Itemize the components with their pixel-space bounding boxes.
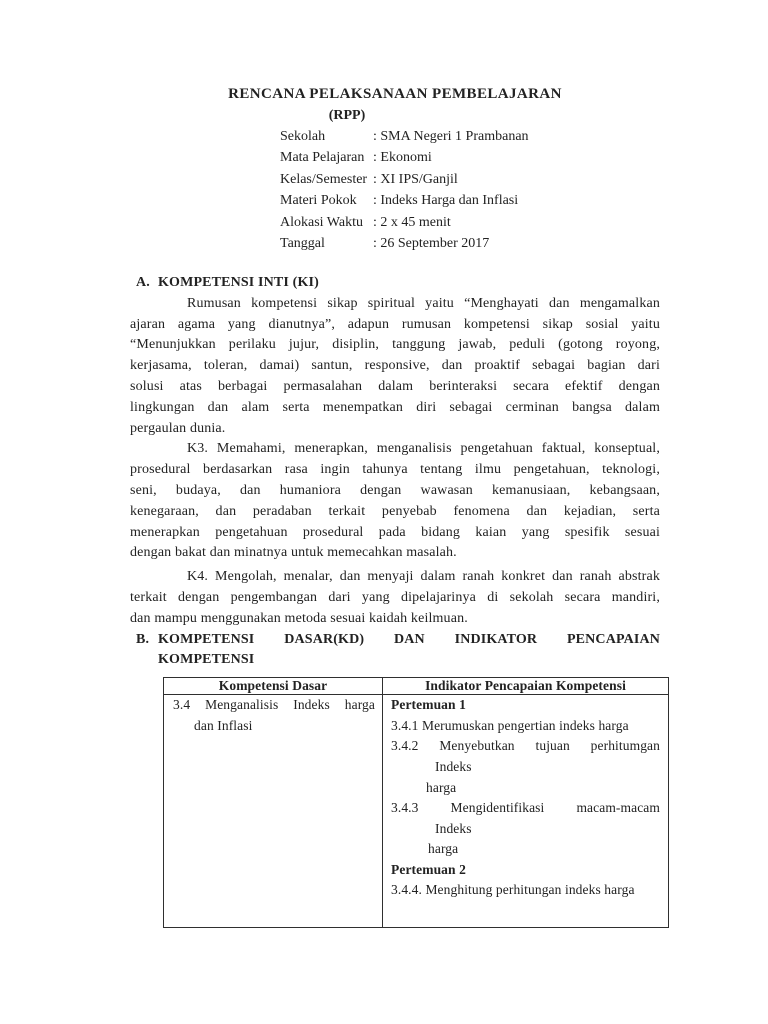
indicator-line: 3.4.3 Mengidentifikasi macam-macam bbox=[391, 798, 660, 819]
paragraph-line: dan mampu menggunakan metoda sesuai kaid… bbox=[130, 609, 660, 630]
rpp-document-page: RENCANA PELAKSANAAN PEMBELAJARAN (RPP) S… bbox=[0, 0, 768, 1024]
document-subtitle: (RPP) bbox=[297, 106, 397, 126]
paragraph-line: terkait dengan pengembangan dari yang di… bbox=[130, 588, 660, 609]
meta-row-tanggal: Tanggal : 26 September 2017 bbox=[280, 233, 529, 254]
paragraph-line: K4. Mengolah, menalar, dan menyaji dalam… bbox=[130, 567, 660, 588]
paragraph-line: kerjasama, toleran, damai) santun, respo… bbox=[130, 356, 660, 377]
paragraph-line: dengan bakat dan minatnya untuk memecahk… bbox=[130, 543, 660, 564]
section-a-letter: A. bbox=[130, 273, 158, 294]
paragraph-sikap-spiritual: Rumusan kompetensi sikap spiritual yaitu… bbox=[130, 294, 660, 440]
meta-row-mata-pelajaran: Mata Pelajaran : Ekonomi bbox=[280, 147, 529, 168]
meta-row-materi-pokok: Materi Pokok : Indeks Harga dan Inflasi bbox=[280, 190, 529, 211]
section-b-title: KOMPETENSI DASAR(KD) DAN INDIKATOR PENCA… bbox=[158, 630, 660, 672]
paragraph-line: lingkungan dan alam serta menempatkan di… bbox=[130, 398, 660, 419]
indicator-line: 3.4.2 Menyebutkan tujuan perhitumgan bbox=[391, 736, 660, 757]
table-header-row: Kompetensi Dasar Indikator Pencapaian Ko… bbox=[164, 678, 669, 695]
meta-value: : 26 September 2017 bbox=[373, 233, 489, 254]
indicator-line: 3.4.1 Merumuskan pengertian indeks harga bbox=[391, 716, 660, 737]
kd-line: dan Inflasi bbox=[173, 716, 375, 737]
paragraph-line: Rumusan kompetensi sikap spiritual yaitu… bbox=[130, 294, 660, 315]
paragraph-line: seni, budaya, dan humaniora dengan wawas… bbox=[130, 481, 660, 502]
document-title: RENCANA PELAKSANAAN PEMBELAJARAN bbox=[130, 84, 660, 104]
paragraph-line: pergaulan dunia. bbox=[130, 419, 660, 440]
indicator-line: harga bbox=[391, 778, 660, 799]
section-a-heading: A. KOMPETENSI INTI (KI) bbox=[130, 273, 660, 294]
indicator-line: Indeks bbox=[391, 757, 660, 778]
paragraph-line: solusi atas berbagai permasalahan dalam … bbox=[130, 377, 660, 398]
meta-value: : SMA Negeri 1 Prambanan bbox=[373, 126, 529, 147]
paragraph-line: menerapkan pengetahuan prosedural pada b… bbox=[130, 523, 660, 544]
meta-label: Materi Pokok bbox=[280, 190, 373, 211]
indicator-line: Indeks bbox=[391, 819, 660, 840]
paragraph-k4: K4. Mengolah, menalar, dan menyaji dalam… bbox=[130, 567, 660, 629]
indicator-line: harga bbox=[391, 839, 660, 860]
meta-row-alokasi-waktu: Alokasi Waktu : 2 x 45 menit bbox=[280, 212, 529, 233]
indicator-line: Pertemuan 2 bbox=[391, 860, 660, 881]
kd-line: 3.4 Menganalisis Indeks harga bbox=[173, 695, 375, 716]
paragraph-line: “Menunjukkan perilaku jujur, disiplin, t… bbox=[130, 335, 660, 356]
meta-row-sekolah: Sekolah : SMA Negeri 1 Prambanan bbox=[280, 126, 529, 147]
kd-indicator-table: Kompetensi Dasar Indikator Pencapaian Ko… bbox=[163, 677, 669, 928]
table-header-kompetensi-dasar: Kompetensi Dasar bbox=[164, 678, 383, 695]
meta-value: : Indeks Harga dan Inflasi bbox=[373, 190, 518, 211]
paragraph-line: prosedural berdasarkan rasa ingin tahuny… bbox=[130, 460, 660, 481]
kompetensi-dasar-cell: 3.4 Menganalisis Indeks harga dan Inflas… bbox=[164, 695, 383, 928]
document-body: A. KOMPETENSI INTI (KI) Rumusan kompeten… bbox=[130, 273, 660, 928]
heading-line: KOMPETENSI bbox=[158, 650, 660, 671]
table-header-indikator: Indikator Pencapaian Kompetensi bbox=[383, 678, 669, 695]
meta-row-kelas-semester: Kelas/Semester : XI IPS/Ganjil bbox=[280, 169, 529, 190]
paragraph-line: ajaran agama yang dianutnya”, adapun rum… bbox=[130, 315, 660, 336]
meta-label: Tanggal bbox=[280, 233, 373, 254]
paragraph-line: K3. Memahami, menerapkan, menganalisis p… bbox=[130, 439, 660, 460]
paragraph-k3: K3. Memahami, menerapkan, menganalisis p… bbox=[130, 439, 660, 564]
table-body-row: 3.4 Menganalisis Indeks harga dan Inflas… bbox=[164, 695, 669, 928]
meta-label: Sekolah bbox=[280, 126, 373, 147]
section-a-title: KOMPETENSI INTI (KI) bbox=[158, 273, 319, 294]
document-meta-block: Sekolah : SMA Negeri 1 Prambanan Mata Pe… bbox=[280, 126, 529, 254]
section-b-letter: B. bbox=[136, 630, 149, 651]
heading-line: KOMPETENSI DASAR(KD) DAN INDIKATOR PENCA… bbox=[158, 630, 660, 651]
paragraph-line: kenegaraan, dan peradaban terkait penyeb… bbox=[130, 502, 660, 523]
meta-value: : 2 x 45 menit bbox=[373, 212, 451, 233]
meta-label: Mata Pelajaran bbox=[280, 147, 373, 168]
meta-value: : Ekonomi bbox=[373, 147, 432, 168]
section-b-heading: B. KOMPETENSI DASAR(KD) DAN INDIKATOR PE… bbox=[130, 630, 660, 672]
indicator-line: Pertemuan 1 bbox=[391, 695, 660, 716]
meta-label: Kelas/Semester bbox=[280, 169, 373, 190]
meta-value: : XI IPS/Ganjil bbox=[373, 169, 458, 190]
indicator-line: 3.4.4. Menghitung perhitungan indeks har… bbox=[391, 880, 660, 901]
indikator-cell: Pertemuan 1 3.4.1 Merumuskan pengertian … bbox=[383, 695, 669, 928]
meta-label: Alokasi Waktu bbox=[280, 212, 373, 233]
